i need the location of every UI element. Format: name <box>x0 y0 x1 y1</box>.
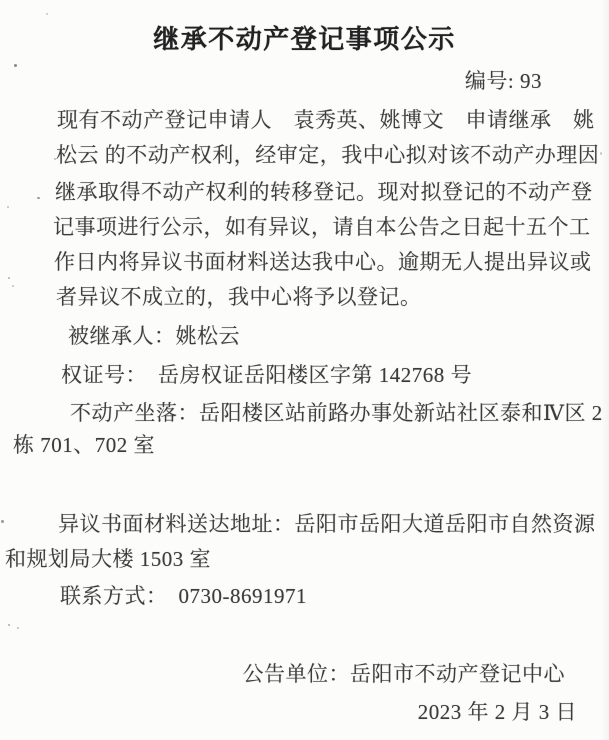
field-contact-phone: 联系方式： 0730-8691971 <box>60 582 307 610</box>
paragraph-line: 继承取得不动产权利的转移登记。现对拟登记的不动产登 <box>55 178 593 206</box>
scan-speck <box>37 197 40 199</box>
scan-speck <box>17 627 19 629</box>
scan-speck <box>8 624 10 626</box>
footer-date: 2023 年 2 月 3 日 <box>418 698 577 726</box>
scan-speck <box>7 206 9 208</box>
inheritance-notice-document: 继承不动产登记事项公示 编号: 93 现有不动产登记申请人 袁秀英、姚博文 申请… <box>0 0 609 740</box>
field-heir: 被继承人：姚松云 <box>68 322 240 350</box>
paragraph-line: 者异议不成立的，我中心将予以登记。 <box>56 283 422 311</box>
scan-speck <box>1 520 4 523</box>
footer-issuer: 公告单位：岳阳市不动产登记中心 <box>243 660 566 688</box>
scan-speck <box>8 277 10 279</box>
paragraph-line: 现有不动产登记申请人 袁秀英、姚博文 申请继承 姚 <box>57 106 595 134</box>
scan-speck <box>600 152 602 155</box>
field-cert-number: 权证号： 岳房权证岳阳楼区字第 142768 号 <box>61 361 472 389</box>
doc-number: 编号: 93 <box>465 67 542 95</box>
scan-speck <box>46 13 48 15</box>
field-objection-address-cont: 和规划局大楼 1503 室 <box>5 545 211 573</box>
scan-speck <box>14 64 17 67</box>
paragraph-line: 作日内将异议书面材料送达我中心。逾期无人提出异议或 <box>54 248 592 276</box>
paragraph-line: 记事项进行公示，如有异议，请自本公告之日起十五个工 <box>53 213 591 241</box>
field-property-location-cont: 栋 701、702 室 <box>13 431 155 459</box>
notice-title: 继承不动产登记事项公示 <box>0 22 609 56</box>
field-objection-address: 异议书面材料送达地址：岳阳市岳阳大道岳阳市自然资源 <box>58 510 596 538</box>
paragraph-line: 松云 的不动产权利，经审定，我中心拟对该不动产办理因 <box>56 141 599 169</box>
scan-speck <box>12 285 14 287</box>
field-property-location: 不动产坐落：岳阳楼区站前路办事处新站社区泰和Ⅳ区 2 <box>70 399 603 427</box>
